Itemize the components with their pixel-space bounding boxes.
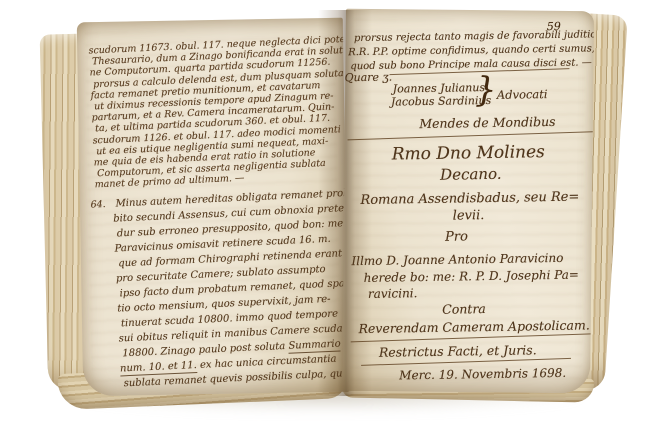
brace-glyph: } [474, 70, 496, 110]
manuscript-line: prorsus rejecta tanto magis de favorabil… [354, 29, 594, 44]
party-line: Illmo D. Joanne Antonio Paravicino [351, 251, 563, 268]
date-line: Merc. 19. Novembris 1698. [399, 366, 566, 383]
left-page: scudorum 11673. obul. 117. neque neglect… [77, 18, 349, 397]
respondent-line: Reverendam Cameram Apostolicam. [358, 317, 590, 336]
party-line: herede bo: me: R. P. D. Josephi Pa= [364, 268, 579, 285]
ruled-line [348, 131, 594, 140]
quare-label: Quare ʒ. [344, 71, 392, 85]
auditor-name: Mendes de Mondibus [419, 114, 555, 131]
pro-label: Pro [445, 229, 468, 244]
right-page: 59 prorsus rejecta tanto magis de favora… [342, 9, 594, 394]
paragraph-64: 64. Minus autem hereditas obligata reman… [95, 186, 344, 392]
case-title-line: Romana Assendisbadus, seu Re= [360, 190, 579, 208]
case-title-line: levii. [453, 208, 485, 223]
contra-label: Contra [442, 301, 486, 317]
manuscript-photo: scudorum 11673. obul. 117. neque neglect… [0, 0, 650, 422]
addressee-title: Decano. [440, 165, 502, 184]
advocates-role: Advocati [497, 87, 548, 102]
left-page-text: scudorum 11673. obul. 117. neque neglect… [88, 35, 343, 392]
margin-paragraph-number: 64. [90, 199, 106, 211]
addressee-title: Rmo Dno Molines [392, 142, 545, 164]
right-page-text: 59 prorsus rejecta tanto magis de favora… [345, 9, 594, 391]
restrictus-line: Restrictus Facti, et Juris. [379, 342, 537, 359]
party-line: ravicini. [368, 286, 418, 301]
manuscript-line: R.R. P.P. optime confidimus, quando cert… [348, 43, 594, 58]
